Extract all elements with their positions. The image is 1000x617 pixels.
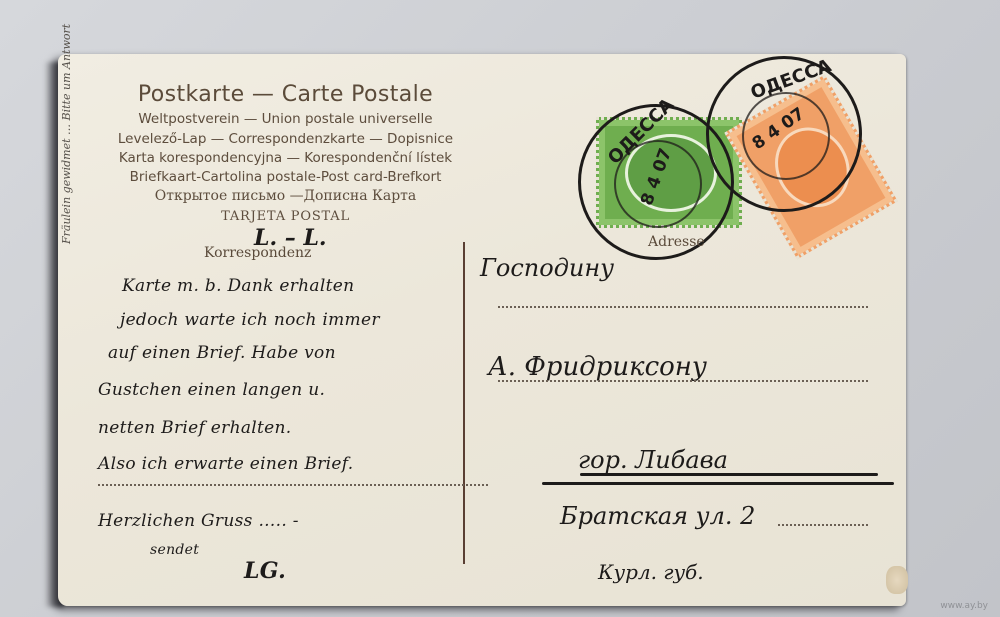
message-line: auf einen Brief. Habe von bbox=[108, 343, 336, 363]
dotted-line bbox=[98, 484, 488, 486]
address-line: Господину bbox=[480, 254, 614, 282]
message-line: Karte m. b. Dank erhalten bbox=[122, 276, 354, 296]
header-line: Levelező-Lap — Correspondenzkarte — Dopi… bbox=[58, 130, 513, 149]
message-line: Also ich erwarte einen Brief. bbox=[98, 454, 353, 474]
header-line: Karta korespondencyjna — Korespondenční … bbox=[58, 149, 513, 168]
message-line: Herzlichen Gruss ….. - bbox=[98, 511, 299, 531]
header-line: Briefkaart-Cartolina postale-Post card-B… bbox=[58, 168, 513, 187]
header-line-cyrillic: Открытое письмо —Дописна Карта bbox=[58, 187, 513, 206]
address-line: Курл. губ. bbox=[598, 560, 704, 584]
message-line: sendet bbox=[150, 542, 199, 558]
watermark: www.ay.by bbox=[940, 601, 988, 611]
underline bbox=[542, 482, 894, 485]
postmark: ОДЕССА 8 4 07 bbox=[706, 56, 862, 212]
corner-stain bbox=[886, 566, 908, 594]
header-line: Weltpostverein — Union postale universel… bbox=[58, 110, 513, 129]
dotted-line bbox=[498, 380, 868, 382]
signature: LG. bbox=[244, 558, 286, 584]
dotted-line bbox=[778, 524, 868, 526]
message-line: jedoch warte ich noch immer bbox=[120, 310, 380, 330]
message-line: Gustchen einen langen u. bbox=[98, 380, 325, 400]
vertical-divider bbox=[463, 242, 465, 564]
side-note: Fräulein gewidmet … Bitte um Antwort bbox=[60, 24, 73, 244]
postcard-title: Postkarte — Carte Postale bbox=[58, 82, 513, 107]
address-line: гор. Либава bbox=[578, 446, 728, 474]
address-line: Братская ул. 2 bbox=[560, 502, 755, 530]
message-line: netten Brief erhalten. bbox=[98, 418, 291, 438]
postcard: Postkarte — Carte Postale Weltpostverein… bbox=[58, 54, 906, 606]
correspondence-label: Korrespondenz bbox=[204, 245, 311, 261]
address-line: А. Фридриксону bbox=[488, 352, 707, 382]
dotted-line bbox=[498, 306, 868, 308]
header-line-spanish: TARJETA POSTAL bbox=[58, 207, 513, 226]
underline bbox=[580, 473, 878, 476]
address-label: Adresse bbox=[648, 234, 705, 250]
